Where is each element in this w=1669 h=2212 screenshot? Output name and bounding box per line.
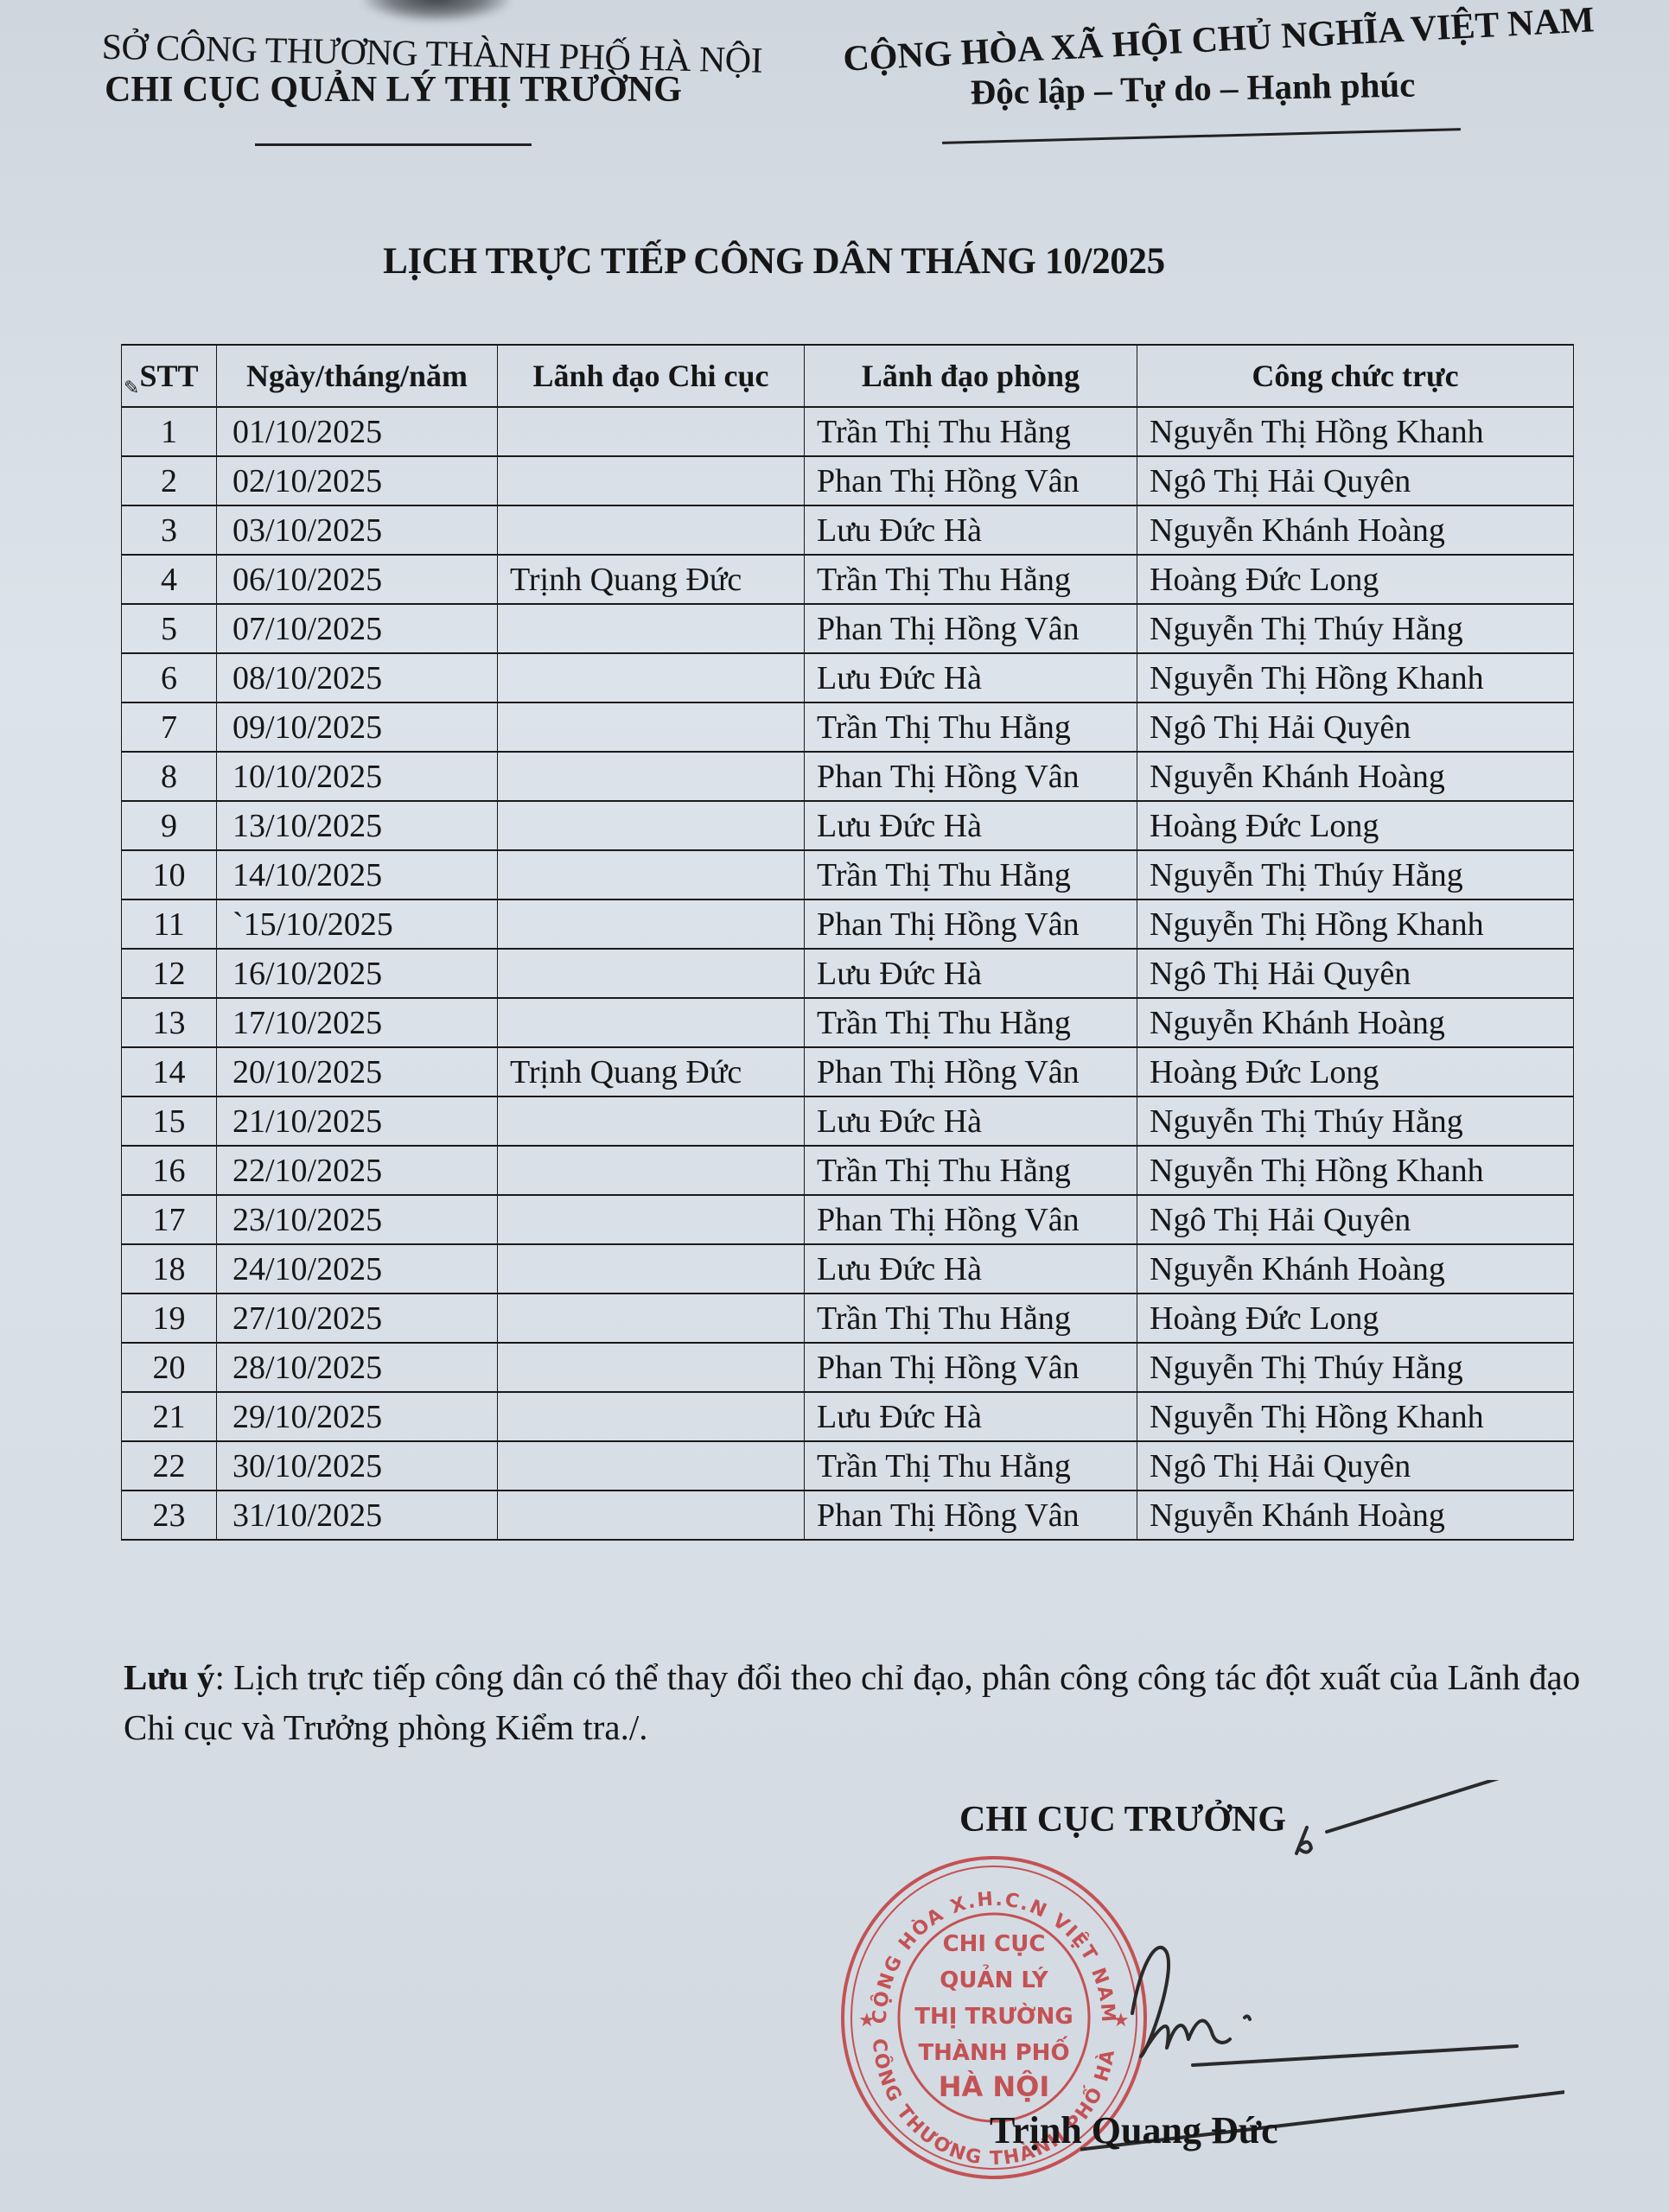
- document-page: SỞ CÔNG THƯƠNG THÀNH PHỐ HÀ NỘI CHI CỤC …: [0, 0, 1669, 2212]
- row-agency-leader: [498, 1244, 805, 1294]
- motto-underline: [942, 128, 1461, 144]
- row-stt: 18: [122, 1244, 217, 1294]
- table-row: 608/10/2025Lưu Đức HàNguyễn Thị Hồng Kha…: [122, 653, 1574, 702]
- row-dept-leader: Phan Thị Hồng Vân: [805, 604, 1137, 653]
- row-agency-leader: [498, 1491, 805, 1540]
- table-row: 709/10/2025Trần Thị Thu HằngNgô Thị Hải …: [122, 702, 1574, 752]
- row-date: 03/10/2025: [217, 505, 498, 555]
- row-date: 08/10/2025: [217, 653, 498, 702]
- table-row: 303/10/2025Lưu Đức HàNguyễn Khánh Hoàng: [122, 505, 1574, 555]
- row-stt: 20: [122, 1343, 217, 1392]
- row-agency-leader: [498, 850, 805, 899]
- column-header-dept-leader: Lãnh đạo phòng: [805, 345, 1137, 407]
- row-duty-officer: Nguyễn Khánh Hoàng: [1137, 998, 1574, 1047]
- row-dept-leader: Trần Thị Thu Hằng: [805, 407, 1137, 456]
- row-dept-leader: Trần Thị Thu Hằng: [805, 1441, 1137, 1491]
- signatory-name: Trịnh Quang Đức: [990, 2108, 1278, 2152]
- row-agency-leader: [498, 998, 805, 1047]
- row-duty-officer: Nguyễn Khánh Hoàng: [1137, 505, 1574, 555]
- row-agency-leader: [498, 407, 805, 456]
- row-duty-officer: Ngô Thị Hải Quyên: [1137, 1195, 1574, 1244]
- column-header-duty-officer: Công chức trực: [1137, 345, 1574, 407]
- row-dept-leader: Phan Thị Hồng Vân: [805, 1195, 1137, 1244]
- document-title: LỊCH TRỰC TIẾP CÔNG DÂN THÁNG 10/2025: [0, 240, 1669, 283]
- row-date: 13/10/2025: [217, 801, 498, 850]
- column-header-date: Ngày/tháng/năm: [217, 345, 498, 407]
- row-agency-leader: [498, 604, 805, 653]
- row-date: 27/10/2025: [217, 1294, 498, 1343]
- row-date: 21/10/2025: [217, 1096, 498, 1146]
- table-header-row: STT Ngày/tháng/năm Lãnh đạo Chi cục Lãnh…: [122, 345, 1574, 407]
- row-duty-officer: Nguyễn Khánh Hoàng: [1137, 1491, 1574, 1540]
- row-stt: 2: [122, 456, 217, 505]
- row-stt: 10: [122, 850, 217, 899]
- table-row: 2230/10/2025Trần Thị Thu HằngNgô Thị Hải…: [122, 1441, 1574, 1491]
- schedule-table-container: STT Ngày/tháng/năm Lãnh đạo Chi cục Lãnh…: [121, 344, 1573, 1541]
- row-dept-leader: Lưu Đức Hà: [805, 1244, 1137, 1294]
- row-stt: 3: [122, 505, 217, 555]
- row-agency-leader: [498, 1096, 805, 1146]
- row-dept-leader: Trần Thị Thu Hằng: [805, 1146, 1137, 1195]
- row-duty-officer: Nguyễn Thị Thúy Hằng: [1137, 1343, 1574, 1392]
- row-dept-leader: Lưu Đức Hà: [805, 1392, 1137, 1441]
- column-header-agency-leader: Lãnh đạo Chi cục: [498, 345, 805, 407]
- table-row: 2331/10/2025Phan Thị Hồng VânNguyễn Khán…: [122, 1491, 1574, 1540]
- table-row: 1723/10/2025Phan Thị Hồng VânNgô Thị Hải…: [122, 1195, 1574, 1244]
- row-agency-leader: [498, 1392, 805, 1441]
- row-duty-officer: Hoàng Đức Long: [1137, 1047, 1574, 1096]
- row-dept-leader: Lưu Đức Hà: [805, 801, 1137, 850]
- row-dept-leader: Lưu Đức Hà: [805, 653, 1137, 702]
- row-dept-leader: Lưu Đức Hà: [805, 1096, 1137, 1146]
- row-agency-leader: [498, 653, 805, 702]
- row-dept-leader: Phan Thị Hồng Vân: [805, 456, 1137, 505]
- svg-text:CHI CỤC: CHI CỤC: [943, 1931, 1046, 1957]
- row-date: 22/10/2025: [217, 1146, 498, 1195]
- row-dept-leader: Phan Thị Hồng Vân: [805, 752, 1137, 801]
- note-paragraph: Lưu ý: Lịch trực tiếp công dân có thể th…: [124, 1652, 1610, 1752]
- row-date: 14/10/2025: [217, 850, 498, 899]
- row-duty-officer: Nguyễn Thị Thúy Hằng: [1137, 1096, 1574, 1146]
- row-date: 01/10/2025: [217, 407, 498, 456]
- table-row: 202/10/2025Phan Thị Hồng VânNgô Thị Hải …: [122, 456, 1574, 505]
- row-date: 17/10/2025: [217, 998, 498, 1047]
- table-row: 1014/10/2025Trần Thị Thu HằngNguyễn Thị …: [122, 850, 1574, 899]
- row-agency-leader: [498, 702, 805, 752]
- table-row: 1622/10/2025Trần Thị Thu HằngNguyễn Thị …: [122, 1146, 1574, 1195]
- svg-text:★: ★: [858, 2010, 876, 2031]
- row-duty-officer: Nguyễn Thị Hồng Khanh: [1137, 899, 1574, 949]
- row-agency-leader: [498, 1294, 805, 1343]
- table-row: 2028/10/2025Phan Thị Hồng VânNguyễn Thị …: [122, 1343, 1574, 1392]
- table-row: 1927/10/2025Trần Thị Thu HằngHoàng Đức L…: [122, 1294, 1574, 1343]
- table-row: 406/10/2025Trịnh Quang ĐứcTrần Thị Thu H…: [122, 555, 1574, 604]
- row-duty-officer: Nguyễn Thị Hồng Khanh: [1137, 653, 1574, 702]
- row-date: `15/10/2025: [217, 899, 498, 949]
- row-agency-leader: Trịnh Quang Đức: [498, 1047, 805, 1096]
- row-agency-leader: [498, 1146, 805, 1195]
- row-date: 28/10/2025: [217, 1343, 498, 1392]
- row-agency-leader: Trịnh Quang Đức: [498, 555, 805, 604]
- row-stt: 1: [122, 407, 217, 456]
- column-header-stt: STT: [122, 345, 217, 407]
- table-row: 913/10/2025Lưu Đức HàHoàng Đức Long: [122, 801, 1574, 850]
- row-agency-leader: [498, 949, 805, 998]
- row-date: 06/10/2025: [217, 555, 498, 604]
- svg-text:★: ★: [1112, 2010, 1130, 2031]
- row-date: 07/10/2025: [217, 604, 498, 653]
- row-dept-leader: Phan Thị Hồng Vân: [805, 1047, 1137, 1096]
- row-stt: 21: [122, 1392, 217, 1441]
- row-duty-officer: Nguyễn Khánh Hoàng: [1137, 752, 1574, 801]
- row-agency-leader: [498, 505, 805, 555]
- svg-text:THÀNH PHỐ: THÀNH PHỐ: [918, 2035, 1069, 2066]
- row-duty-officer: Nguyễn Khánh Hoàng: [1137, 1244, 1574, 1294]
- row-date: 20/10/2025: [217, 1047, 498, 1096]
- row-stt: 5: [122, 604, 217, 653]
- row-agency-leader: [498, 752, 805, 801]
- row-duty-officer: Ngô Thị Hải Quyên: [1137, 1441, 1574, 1491]
- row-stt: 16: [122, 1146, 217, 1195]
- schedule-table-body: 101/10/2025Trần Thị Thu HằngNguyễn Thị H…: [122, 407, 1574, 1540]
- row-agency-leader: [498, 1441, 805, 1491]
- row-dept-leader: Trần Thị Thu Hằng: [805, 998, 1137, 1047]
- row-date: 31/10/2025: [217, 1491, 498, 1540]
- national-motto-block: CỘNG HÒA XÃ HỘI CHỦ NGHĨA VIỆT NAM Độc l…: [812, 19, 1625, 137]
- row-dept-leader: Phan Thị Hồng Vân: [805, 899, 1137, 949]
- row-stt: 12: [122, 949, 217, 998]
- note-label: Lưu ý: [124, 1657, 215, 1697]
- row-stt: 19: [122, 1294, 217, 1343]
- table-row: 1824/10/2025Lưu Đức HàNguyễn Khánh Hoàng: [122, 1244, 1574, 1294]
- table-row: 810/10/2025Phan Thị Hồng VânNguyễn Khánh…: [122, 752, 1574, 801]
- row-date: 29/10/2025: [217, 1392, 498, 1441]
- schedule-table: STT Ngày/tháng/năm Lãnh đạo Chi cục Lãnh…: [121, 344, 1574, 1541]
- row-stt: 13: [122, 998, 217, 1047]
- svg-text:CỘNG HÒA X.H.C.N VIỆT NAM: CỘNG HÒA X.H.C.N VIỆT NAM: [869, 1889, 1119, 2024]
- row-dept-leader: Trần Thị Thu Hằng: [805, 702, 1137, 752]
- row-duty-officer: Hoàng Đức Long: [1137, 555, 1574, 604]
- row-dept-leader: Lưu Đức Hà: [805, 949, 1137, 998]
- row-date: 09/10/2025: [217, 702, 498, 752]
- table-row: 11`15/10/2025Phan Thị Hồng VânNguyễn Thị…: [122, 899, 1574, 949]
- agency-underline: [255, 143, 532, 146]
- table-row: 101/10/2025Trần Thị Thu HằngNguyễn Thị H…: [122, 407, 1574, 456]
- row-stt: 14: [122, 1047, 217, 1096]
- row-stt: 15: [122, 1096, 217, 1146]
- svg-text:QUẢN LÝ: QUẢN LÝ: [940, 1963, 1049, 1993]
- note-text: : Lịch trực tiếp công dân có thể thay đổ…: [124, 1657, 1580, 1747]
- table-row: 2129/10/2025Lưu Đức HàNguyễn Thị Hồng Kh…: [122, 1392, 1574, 1441]
- row-date: 30/10/2025: [217, 1441, 498, 1491]
- table-row: 507/10/2025Phan Thị Hồng VânNguyễn Thị T…: [122, 604, 1574, 653]
- table-row: 1521/10/2025Lưu Đức HàNguyễn Thị Thúy Hằ…: [122, 1096, 1574, 1146]
- row-dept-leader: Phan Thị Hồng Vân: [805, 1491, 1137, 1540]
- row-duty-officer: Ngô Thị Hải Quyên: [1137, 949, 1574, 998]
- row-duty-officer: Nguyễn Thị Thúy Hằng: [1137, 604, 1574, 653]
- row-stt: 8: [122, 752, 217, 801]
- row-stt: 6: [122, 653, 217, 702]
- table-row: 1216/10/2025Lưu Đức HàNgô Thị Hải Quyên: [122, 949, 1574, 998]
- row-stt: 23: [122, 1491, 217, 1540]
- photo-smudge: [363, 0, 510, 22]
- signatory-title: CHI CỤC TRƯỞNG: [959, 1799, 1286, 1840]
- row-date: 02/10/2025: [217, 456, 498, 505]
- row-duty-officer: Ngô Thị Hải Quyên: [1137, 702, 1574, 752]
- row-duty-officer: Nguyễn Thị Hồng Khanh: [1137, 1392, 1574, 1441]
- row-agency-leader: [498, 456, 805, 505]
- svg-text:THỊ TRƯỜNG: THỊ TRƯỜNG: [914, 2002, 1073, 2030]
- row-duty-officer: Hoàng Đức Long: [1137, 1294, 1574, 1343]
- table-row: 1420/10/2025Trịnh Quang ĐứcPhan Thị Hồng…: [122, 1047, 1574, 1096]
- row-dept-leader: Trần Thị Thu Hằng: [805, 555, 1137, 604]
- row-stt: 17: [122, 1195, 217, 1244]
- row-duty-officer: Hoàng Đức Long: [1137, 801, 1574, 850]
- row-date: 10/10/2025: [217, 752, 498, 801]
- issuing-agency-block: SỞ CÔNG THƯƠNG THÀNH PHỐ HÀ NỘI CHI CỤC …: [69, 26, 795, 146]
- row-dept-leader: Lưu Đức Hà: [805, 505, 1137, 555]
- table-row: 1317/10/2025Trần Thị Thu HằngNguyễn Khán…: [122, 998, 1574, 1047]
- row-dept-leader: Trần Thị Thu Hằng: [805, 850, 1137, 899]
- row-date: 24/10/2025: [217, 1244, 498, 1294]
- row-stt: 9: [122, 801, 217, 850]
- row-duty-officer: Nguyễn Thị Thúy Hằng: [1137, 850, 1574, 899]
- row-stt: 22: [122, 1441, 217, 1491]
- row-stt: 4: [122, 555, 217, 604]
- row-duty-officer: Ngô Thị Hải Quyên: [1137, 456, 1574, 505]
- row-agency-leader: [498, 801, 805, 850]
- row-agency-leader: [498, 899, 805, 949]
- row-duty-officer: Nguyễn Thị Hồng Khanh: [1137, 1146, 1574, 1195]
- svg-text:HÀ NỘI: HÀ NỘI: [939, 2070, 1050, 2103]
- row-stt: 7: [122, 702, 217, 752]
- row-agency-leader: [498, 1195, 805, 1244]
- row-agency-leader: [498, 1343, 805, 1392]
- row-date: 16/10/2025: [217, 949, 498, 998]
- row-dept-leader: Trần Thị Thu Hằng: [805, 1294, 1137, 1343]
- row-stt: 11: [122, 899, 217, 949]
- row-dept-leader: Phan Thị Hồng Vân: [805, 1343, 1137, 1392]
- row-duty-officer: Nguyễn Thị Hồng Khanh: [1137, 407, 1574, 456]
- row-date: 23/10/2025: [217, 1195, 498, 1244]
